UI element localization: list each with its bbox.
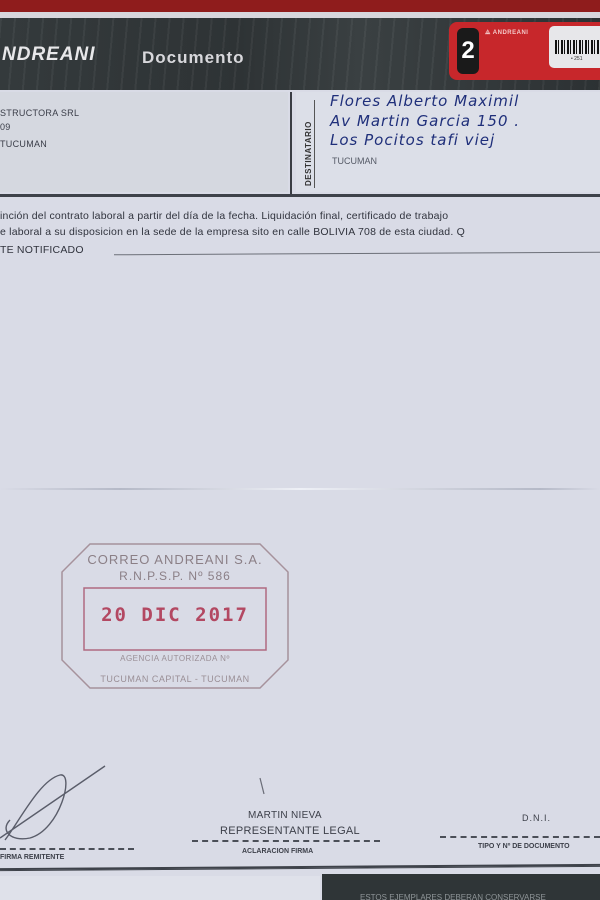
- postal-stamp: CORREO ANDREANI S.A. R.N.P.S.P. Nº 586 2…: [60, 542, 290, 690]
- clarification-caption: ACLARACION FIRMA: [242, 848, 313, 855]
- section-rule: [0, 194, 600, 197]
- recipient-locality: Los Pocitos tafi viej: [330, 131, 495, 149]
- recipient-name: Flores Alberto Maximil: [330, 92, 519, 110]
- stamp-registry: R.N.P.S.P. Nº 586: [60, 569, 290, 583]
- body-line-3: TE NOTIFICADO: [0, 244, 84, 256]
- stamp-location: TUCUMAN CAPITAL - TUCUMAN: [60, 674, 290, 684]
- barcode-caption: • 251: [571, 56, 582, 62]
- section-divider: [290, 92, 292, 196]
- sender-city: TUCUMAN: [0, 139, 47, 149]
- shipping-label: 2 ⟁ ANDREANI • 251: [449, 22, 600, 80]
- barcode: • 251: [549, 26, 600, 68]
- clarification-line: [192, 840, 380, 842]
- footer-notice: ESTOS EJEMPLARES DEBERAN CONSERVARSE: [360, 893, 546, 900]
- label-logo-text: ANDREANI: [493, 30, 529, 36]
- document-type: Documento: [142, 48, 245, 68]
- notification-line: [114, 252, 600, 256]
- body-line-2: e laboral a su disposicion en la sede de…: [0, 226, 465, 238]
- document-caption: TIPO Y Nº DE DOCUMENTO: [478, 843, 570, 850]
- sender-address: 09: [0, 122, 11, 132]
- sender-signature-caption: FIRMA REMITENTE: [0, 854, 64, 861]
- pen-mark-icon: [258, 776, 268, 798]
- sender-section: STRUCTORA SRL 09 TUCUMAN: [0, 92, 288, 192]
- andreani-logo-icon: ⟁ ANDREANI: [485, 30, 528, 37]
- recipient-label: DESTINATARIO: [304, 121, 313, 186]
- stamp-company: CORREO ANDREANI S.A.: [60, 552, 290, 567]
- barcode-icon: [555, 40, 600, 54]
- footer-rule: [0, 864, 600, 871]
- document-type-value: D.N.I.: [522, 813, 551, 823]
- paper-fold: [0, 488, 600, 490]
- body-line-1: inción del contrato laboral a partir del…: [0, 210, 448, 222]
- document-line: [440, 836, 600, 838]
- representative-name: MARTIN NIEVA: [248, 810, 322, 821]
- footer-blank: [0, 876, 320, 900]
- stamp-agency: AGENCIA AUTORIZADA Nº: [60, 654, 290, 663]
- stamp-date: 20 DIC 2017: [60, 604, 290, 626]
- brand-name: NDREANI: [2, 44, 96, 66]
- sender-signature-line: [0, 848, 134, 850]
- top-edge: [0, 0, 600, 12]
- representative-role: REPRESENTANTE LEGAL: [220, 825, 360, 837]
- sender-company: STRUCTORA SRL: [0, 108, 79, 118]
- signature-scribble-icon: [0, 760, 120, 850]
- recipient-street: Av Martin Garcia 150 .: [330, 112, 520, 130]
- label-number: 2: [457, 28, 479, 74]
- recipient-city: TUCUMAN: [332, 156, 377, 166]
